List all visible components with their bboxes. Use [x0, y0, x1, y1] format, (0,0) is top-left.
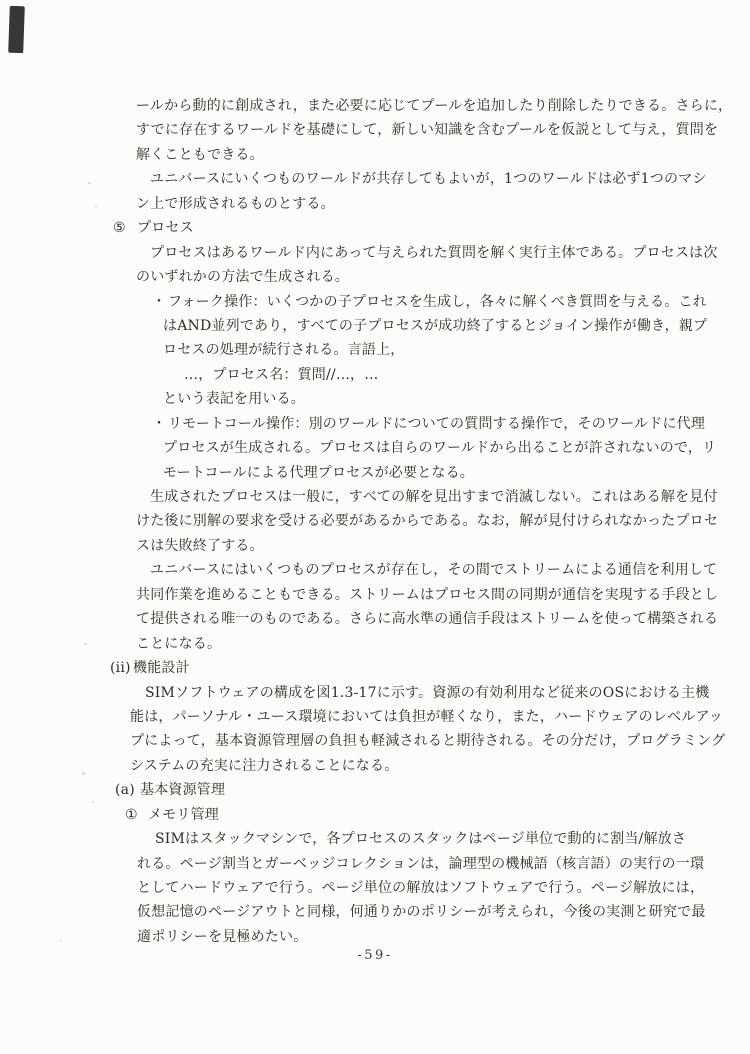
doc-line: ールから動的に創成され，また必要に応じてプールを追加したり削除したりできる。さら…: [136, 94, 750, 118]
bullet-item-text: フォーク操作：いくつかの子プロセスを生成し，各々に解くべき質問を与える。これ: [168, 290, 707, 314]
doc-line: 能は，パーソナル・ユース環境においては負担が軽くなり，また，ハードウェアのレベル…: [130, 705, 750, 729]
doc-line: ロセスの処理が続行される。言語上，: [163, 338, 750, 362]
process-notation-line: …，プロセス名：質問//…，…: [184, 363, 750, 387]
doc-line: プロセスはあるワールド内にあって与えられた質問を解く実行主体である。プロセスは次: [150, 241, 750, 265]
section-heading-label: 基本資源管理: [140, 778, 225, 802]
doc-line: 適ポリシーを見極めたい。: [137, 925, 750, 949]
body-text-block: ールから動的に創成され，また必要に応じてプールを追加したり削除したりできる。さら…: [0, 94, 750, 949]
doc-line: 解くこともできる。: [136, 143, 750, 167]
doc-line: 生成されたプロセスは一般に，すべての解を見出すまで消滅しない。これはある解を見付: [150, 485, 750, 509]
doc-line: SIMはスタックマシンで，各プロセスのスタックはページ単位で動的に割当/解放さ: [155, 827, 750, 851]
scan-ink-artifact: [8, 6, 25, 53]
doc-line: ユニバースにいくつものワールドが共存してもよいが，1つのワールドは必ず1つのマシ: [150, 167, 750, 191]
doc-line: 仮想記憶のページアウトと同様，何通りかのポリシーが考えられ，今後の実測と研究で最: [137, 900, 750, 924]
section-heading-label: メモリ管理: [148, 803, 219, 827]
bullet-item-fork: ・ フォーク操作：いくつかの子プロセスを生成し，各々に解くべき質問を与える。これ: [0, 290, 750, 314]
section-heading-memory-mgmt: ① メモリ管理: [0, 803, 750, 827]
section-heading-process: ⑤ プロセス: [0, 216, 750, 240]
bullet-item-text: リモートコール操作：別のワールドについての質問する操作で，そのワールドに代理: [168, 412, 705, 436]
doc-line: れる。ページ割当とガーベッジコレクションは，論理型の機械語（核言語）の実行の一環: [137, 852, 750, 876]
section-heading-label: プロセス: [137, 216, 194, 240]
section-heading-basic-resource-mgmt: (a) 基本資源管理: [0, 778, 750, 802]
doc-line: プによって，基本資源管理層の負担も軽減されると期待される。その分だけ，プログラミ…: [130, 729, 750, 753]
doc-line: はAND並列であり，すべての子プロセスが成功終了するとジョイン操作が働き，親プ: [163, 314, 750, 338]
doc-line: けた後に別解の要求を受ける必要があるからである。なお，解が見付けられなかったプロ…: [136, 509, 750, 533]
doc-line: SIMソフトウェアの構成を図1.3-17に示す。資源の有効利用など従来のOSにお…: [145, 681, 750, 705]
doc-line: という表記を用いる。: [163, 387, 750, 411]
doc-line: のいずれかの方法で生成される。: [136, 265, 750, 289]
roman-ii-marker: (ii): [110, 656, 133, 680]
doc-line: て提供される唯一のものである。さらに高水準の通信手段はストリームを使って構築され…: [136, 607, 750, 631]
page-number: -59-: [0, 948, 750, 963]
doc-line: プロセスが生成される。プロセスは自らのワールドから出ることが許されないので，リ: [163, 436, 750, 460]
section-heading-function-design: (ii) 機能設計: [0, 656, 750, 680]
bullet-dot-marker: ・: [152, 290, 168, 314]
doc-line: モートコールによる代理プロセスが必要となる。: [163, 461, 750, 485]
bullet-item-remote-call: ・ リモートコール操作：別のワールドについての質問する操作で，そのワールドに代理: [0, 412, 750, 436]
doc-line: ことになる。: [136, 632, 750, 656]
doc-line: ユニバースにはいくつものプロセスが存在し，その間でストリームによる通信を利用して: [150, 558, 750, 582]
doc-line: システムの充実に注力されることになる。: [130, 754, 750, 778]
bullet-dot-marker: ・: [152, 412, 168, 436]
scanned-document-page: ールから動的に創成され，また必要に応じてプールを追加したり削除したりできる。さら…: [0, 0, 750, 1054]
section-heading-label: 機能設計: [133, 656, 190, 680]
doc-line: スは失敗終了する。: [136, 534, 750, 558]
doc-line: 共同作業を進めることもできる。ストリームはプロセス間の同期が通信を実現する手段と…: [136, 583, 750, 607]
letter-a-marker: (a): [115, 778, 140, 802]
doc-line: としてハードウェアで行う。ページ単位の解放はソフトウェアで行う。ページ解放には，: [137, 876, 750, 900]
doc-line: すでに存在するワールドを基礎にして，新しい知識を含むプールを仮説として与え，質問…: [136, 118, 750, 142]
circled-number-1-marker: ①: [125, 803, 148, 827]
circled-number-5-marker: ⑤: [113, 216, 137, 240]
doc-line: ン上で形成されるものとする。: [136, 192, 750, 216]
